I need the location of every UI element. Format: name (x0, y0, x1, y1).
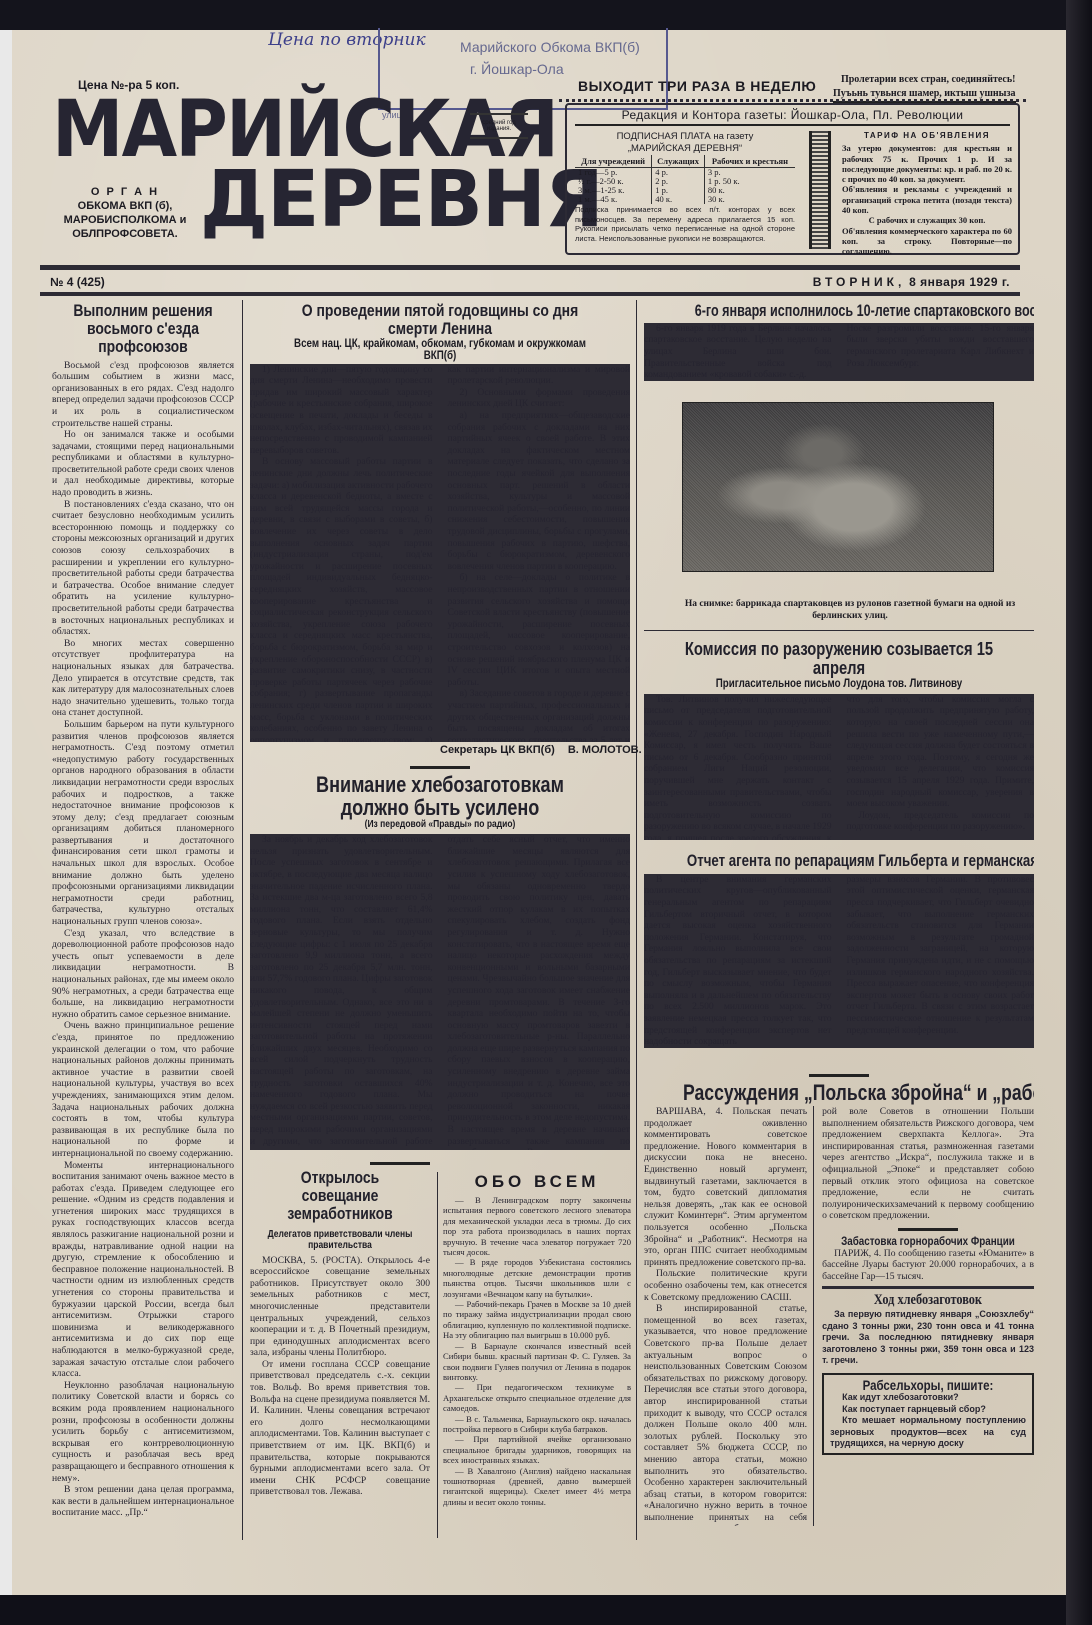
paragraph: Тов. Литвинов получил нижеследующее пись… (644, 694, 832, 840)
organ-line: ОБКОМА ВКП (б), (50, 199, 200, 213)
editorial-address: Редакция и Контора газеты: Йошкар-Ола, П… (575, 108, 1010, 126)
bottom-rule (40, 292, 1020, 296)
section-rule (644, 630, 1034, 631)
organ-line: МАРОБИСПОЛКОМА и (50, 213, 200, 227)
newspaper-title-line-2: ДЕРЕВНЯ (200, 158, 603, 242)
news-item: — Рабочий-пекарь Грачев в Москве за 10 д… (443, 1299, 631, 1341)
question-line: Как поступает гарнцевый сбор? (830, 1404, 1026, 1416)
paragraph: В этом решении дана целая программа, как… (52, 1484, 234, 1519)
article-body: 6-го января 1919 года в Берлине началось… (644, 323, 1034, 381)
headline: Рассуждения „Польска збройна“ и „работни… (683, 1081, 995, 1104)
issue-number: № 4 (425) (50, 275, 105, 289)
article-body: ВАРШАВА, 4. Польская печать продолжает о… (644, 1106, 1034, 1526)
news-item: — При партийной ячейке организовано спец… (443, 1434, 631, 1465)
scan-border-top (0, 0, 1092, 30)
tariff-text: Об'явления и рекламы с учреждений и орга… (842, 184, 1012, 215)
scan-margin-left (0, 0, 12, 1625)
news-item: — В Ленинградском порту закончены испыта… (443, 1195, 631, 1257)
paragraph: В центре внимания германских политически… (644, 874, 832, 1048)
separator (370, 1162, 430, 1165)
paragraph: Польские политические круги особенно оза… (644, 1268, 807, 1303)
column-rule (636, 300, 637, 1540)
tariff-text: С рабочих и служащих 30 коп. (842, 215, 1012, 225)
organ-line: ОБЛПРОФСОВЕТА. (50, 227, 200, 241)
scan-border-right (1066, 0, 1092, 1625)
question-line: Кто мешает нормальному поступлению зерно… (830, 1415, 1026, 1450)
paragraph: рой воле Советов в отношении Польши выпо… (822, 1106, 1034, 1222)
article-trade-unions: Выполним решения восьмого с'езда профсою… (52, 302, 234, 1537)
paragraph: что для того, чтобы комиссия могла с пол… (847, 694, 1035, 810)
date: 8 января 1929 г. (909, 275, 1010, 289)
subheadline: (Из передовой «Правды» по радио) (279, 819, 602, 830)
paragraph: В основу массовый работы партии в ленинс… (250, 456, 433, 742)
paragraph: а) на предприятиях—общезаводские собрани… (448, 410, 631, 572)
separator (809, 1074, 869, 1077)
paragraph: В инспирированной статье, помещенной во … (644, 1303, 807, 1526)
paragraph: От имени госплана СССР совещание приветс… (250, 1359, 430, 1498)
subheadline: Пригласительное письмо Лоудона тов. Литв… (673, 678, 1005, 690)
headline: 6-го января исполнилось 10-летие спартак… (695, 302, 984, 320)
cell: 1 м.—45 к. (575, 195, 652, 204)
subscription-paper-name: „МАРИЙСКАЯ ДЕРЕВНЯ“ (575, 143, 795, 155)
article-reparations: Отчет агента по репарациям Гильберта и г… (644, 852, 1034, 1054)
scan-border-bottom (0, 1595, 1092, 1625)
col-header: Служащих (652, 155, 705, 168)
subscription-rates: ПОДПИСНАЯ ПЛАТА на газету „МАРИЙСКАЯ ДЕР… (575, 131, 795, 243)
article-body: В центре внимания германских политически… (644, 874, 1034, 1048)
news-item: — В Барнауле скончался известный всей Си… (443, 1341, 631, 1383)
paragraph: Но он занимался также и особыми задачами… (52, 429, 234, 499)
paragraph: С'езд указал, что вследствие в дореволюц… (52, 928, 234, 1021)
paragraph: 6-го января 1919 года в Берлине началось… (644, 323, 832, 381)
subheadline: Делегатов приветствовали члены правитель… (264, 1229, 417, 1251)
organ-line: О Р Г А Н (50, 185, 200, 199)
paragraph: Моменты интернационального воспитания за… (52, 1160, 234, 1380)
separator (410, 766, 470, 769)
ad-tariff: ТАРИФ НА ОБ'ЯВЛЕНИЯ За утерю документов:… (842, 131, 1012, 257)
section-rule (822, 1286, 1034, 1289)
table-row: 1 м.—45 к. 40 к. 30 к. (575, 195, 795, 204)
paragraph: Восьмой с'езд профсоюзов является больши… (52, 360, 234, 430)
article-body: За ноябрь и декабрь ход хлебозаготовок н… (250, 834, 630, 1150)
paragraph: Очень важно принципиальное решение с'езд… (52, 1020, 234, 1159)
publication-frequency: ВЫХОДИТ ТРИ РАЗА В НЕДЕЛЮ (578, 78, 816, 94)
cell: 30 к. (704, 195, 795, 204)
signature: Секретарь ЦК ВКП(б) В. МОЛОТОВ. (440, 744, 642, 756)
procurement-progress-text: За первую пятидневку января „Союзхлебу“ … (822, 1309, 1034, 1367)
year-note: средний год издания. (470, 113, 528, 139)
col-header: Рабочих и крестьян (704, 155, 795, 168)
news-item: — В ряде городов Узбекистана состоялись … (443, 1257, 631, 1299)
correspondents-box: Рабсельхоры, пишите: Как идут хлебозагот… (822, 1373, 1034, 1455)
news-items: — В Ленинградском порту закончены испыта… (443, 1195, 631, 1507)
photo-caption: На снимке: баррикада спартаковцев из рул… (660, 598, 1040, 622)
subscription-table: Для учреждений Служащих Рабочих и кресть… (575, 155, 795, 204)
paragraph: размеры взносов Германии. В противовес э… (847, 874, 1035, 1036)
miners-strike-headline: Забастовка горнорабочих Франции (841, 1235, 1015, 1248)
question-line: Как идут хлебозаготовки? (830, 1392, 1026, 1404)
slogan-russian: Пролетарии всех стран, соединяйтесь! (833, 73, 1016, 87)
article-disarmament: Комиссия по разоружению созывается 15 ап… (644, 640, 1034, 840)
article-land-workers: Открылось совещание земработников Делега… (250, 1158, 430, 1538)
article-body: Тов. Литвинов получил нижеследующее пись… (644, 694, 1034, 840)
stamp-line-1: Марийского Обкома ВКП(б) (390, 36, 656, 58)
paragraph: Большим барьером на пути культурного раз… (52, 719, 234, 928)
signature-name: В. МОЛОТОВ. (568, 744, 642, 756)
article-about-everything: ОБО ВСЕМ — В Ленинградском порту законче… (443, 1172, 631, 1538)
subheadline: Всем нац. ЦК, крайкомам, обкомам, губком… (279, 338, 602, 362)
procurement-progress-headline: Ход хлебозаготовок (841, 1293, 1015, 1309)
paragraph: б) на селе—доклады о политике в непроизв… (448, 572, 631, 688)
publisher-organ: О Р Г А Н ОБКОМА ВКП (б), МАРОБИСПОЛКОМА… (50, 185, 200, 241)
subscription-title: ПОДПИСНАЯ ПЛАТА на газету (575, 131, 795, 143)
article-spartacus: 6-го января исполнилось 10-летие спартак… (644, 302, 1034, 400)
news-item: — В с. Тальменка, Барнаульского окр. нач… (443, 1414, 631, 1435)
column-rule (242, 300, 243, 1540)
paragraph: Носке разгромили восстание. 15-го января… (847, 323, 1035, 369)
paragraph: Во многих местах совершенно отсутствует … (52, 638, 234, 719)
col-header: Для учреждений (575, 155, 652, 168)
paragraph: отдать себе ясный отчет, что именно ближ… (448, 834, 631, 1150)
paragraph: МОСКВА, 5. (РОСТА). Открылось 4-е всерос… (250, 1255, 430, 1359)
subscription-note: Подписка принимается во всех п/т. контор… (575, 205, 795, 243)
paragraph: Неуклонно разоблачая национальную полити… (52, 1380, 234, 1484)
top-rule (40, 265, 1020, 270)
news-item: — В Хавалгоно (Англия) найдено наскальна… (443, 1466, 631, 1508)
column-rule (437, 1172, 438, 1538)
paragraph: в) Заседание советов в городе и деревне … (448, 688, 631, 742)
cell: 40 к. (652, 195, 705, 204)
photo-barricade (682, 402, 994, 572)
stamp-line-2: г. Йошкар-Ола (390, 58, 656, 80)
info-box: Редакция и Контора газеты: Йошкар-Ола, П… (565, 103, 1020, 255)
article-body: МОСКВА, 5. (РОСТА). Открылось 4-е всерос… (250, 1255, 430, 1498)
issue-date: ВТОРНИК, 8 января 1929 г. (813, 275, 1010, 289)
headline: Отчет агента по репарациям Гильберта и г… (687, 852, 991, 870)
paragraph: 2) Основными формами проведения ленински… (448, 387, 631, 410)
paragraph: Лоудон, председатель комиссии по подгото… (847, 810, 1035, 833)
separator (898, 1228, 958, 1231)
article-body: 1) Ленинские дни—пятую годовщину со дня … (250, 364, 630, 742)
headline: Внимание хлебозаготовкам должно быть уси… (284, 773, 596, 819)
article-body: Восьмой с'езд профсоюзов является больши… (52, 360, 234, 1519)
tariff-title: ТАРИФ НА ОБ'ЯВЛЕНИЯ (842, 131, 1012, 141)
tariff-text: За утерю документов: для крестьян и рабо… (842, 143, 1012, 184)
paragraph: 1) Ленинские дни—пятую годовщину со дня … (250, 364, 433, 457)
signature-role: Секретарь ЦК ВКП(б) (440, 744, 555, 756)
decorative-divider (809, 131, 831, 249)
headline: Открылось совещание земработников (266, 1169, 414, 1223)
article-lenin-days: О проведении пятой годовщины со дня смер… (250, 302, 630, 742)
miners-strike-text: ПАРИЖ, 4. По сообщению газеты «Юманите» … (822, 1248, 1034, 1283)
headline: ОБО ВСЕМ (443, 1172, 631, 1192)
paragraph: В постановлениях с'езда сказано, что он … (52, 499, 234, 638)
weekday: ВТОРНИК, (813, 275, 906, 289)
article-polish-press: Рассуждения „Польска збройна“ и „работни… (644, 1070, 1034, 1540)
correspondents-headline: Рабсельхоры, пишите: (848, 1378, 1009, 1393)
headline: Комиссия по разоружению созывается 15 ап… (679, 640, 999, 678)
paragraph: как партии интернационализма и мировой п… (448, 364, 631, 387)
tariff-text: Об'явления коммерческого характера по 60… (842, 226, 1012, 257)
paragraph: ВАРШАВА, 4. Польская печать продолжает о… (644, 1106, 807, 1268)
article-grain-procurement: Внимание хлебозаготовкам должно быть уси… (250, 762, 630, 1150)
headline: Выполним решения восьмого с'езда профсою… (68, 302, 217, 356)
headline: О проведении пятой годовщины со дня смер… (284, 302, 596, 338)
news-item: — При педагогическом техникуме в Арханге… (443, 1382, 631, 1413)
correspondents-questions: Как идут хлебозаготовки? Как поступает г… (830, 1392, 1026, 1450)
paragraph: За ноябрь и декабрь ход хлебозаготовок н… (250, 834, 433, 1150)
